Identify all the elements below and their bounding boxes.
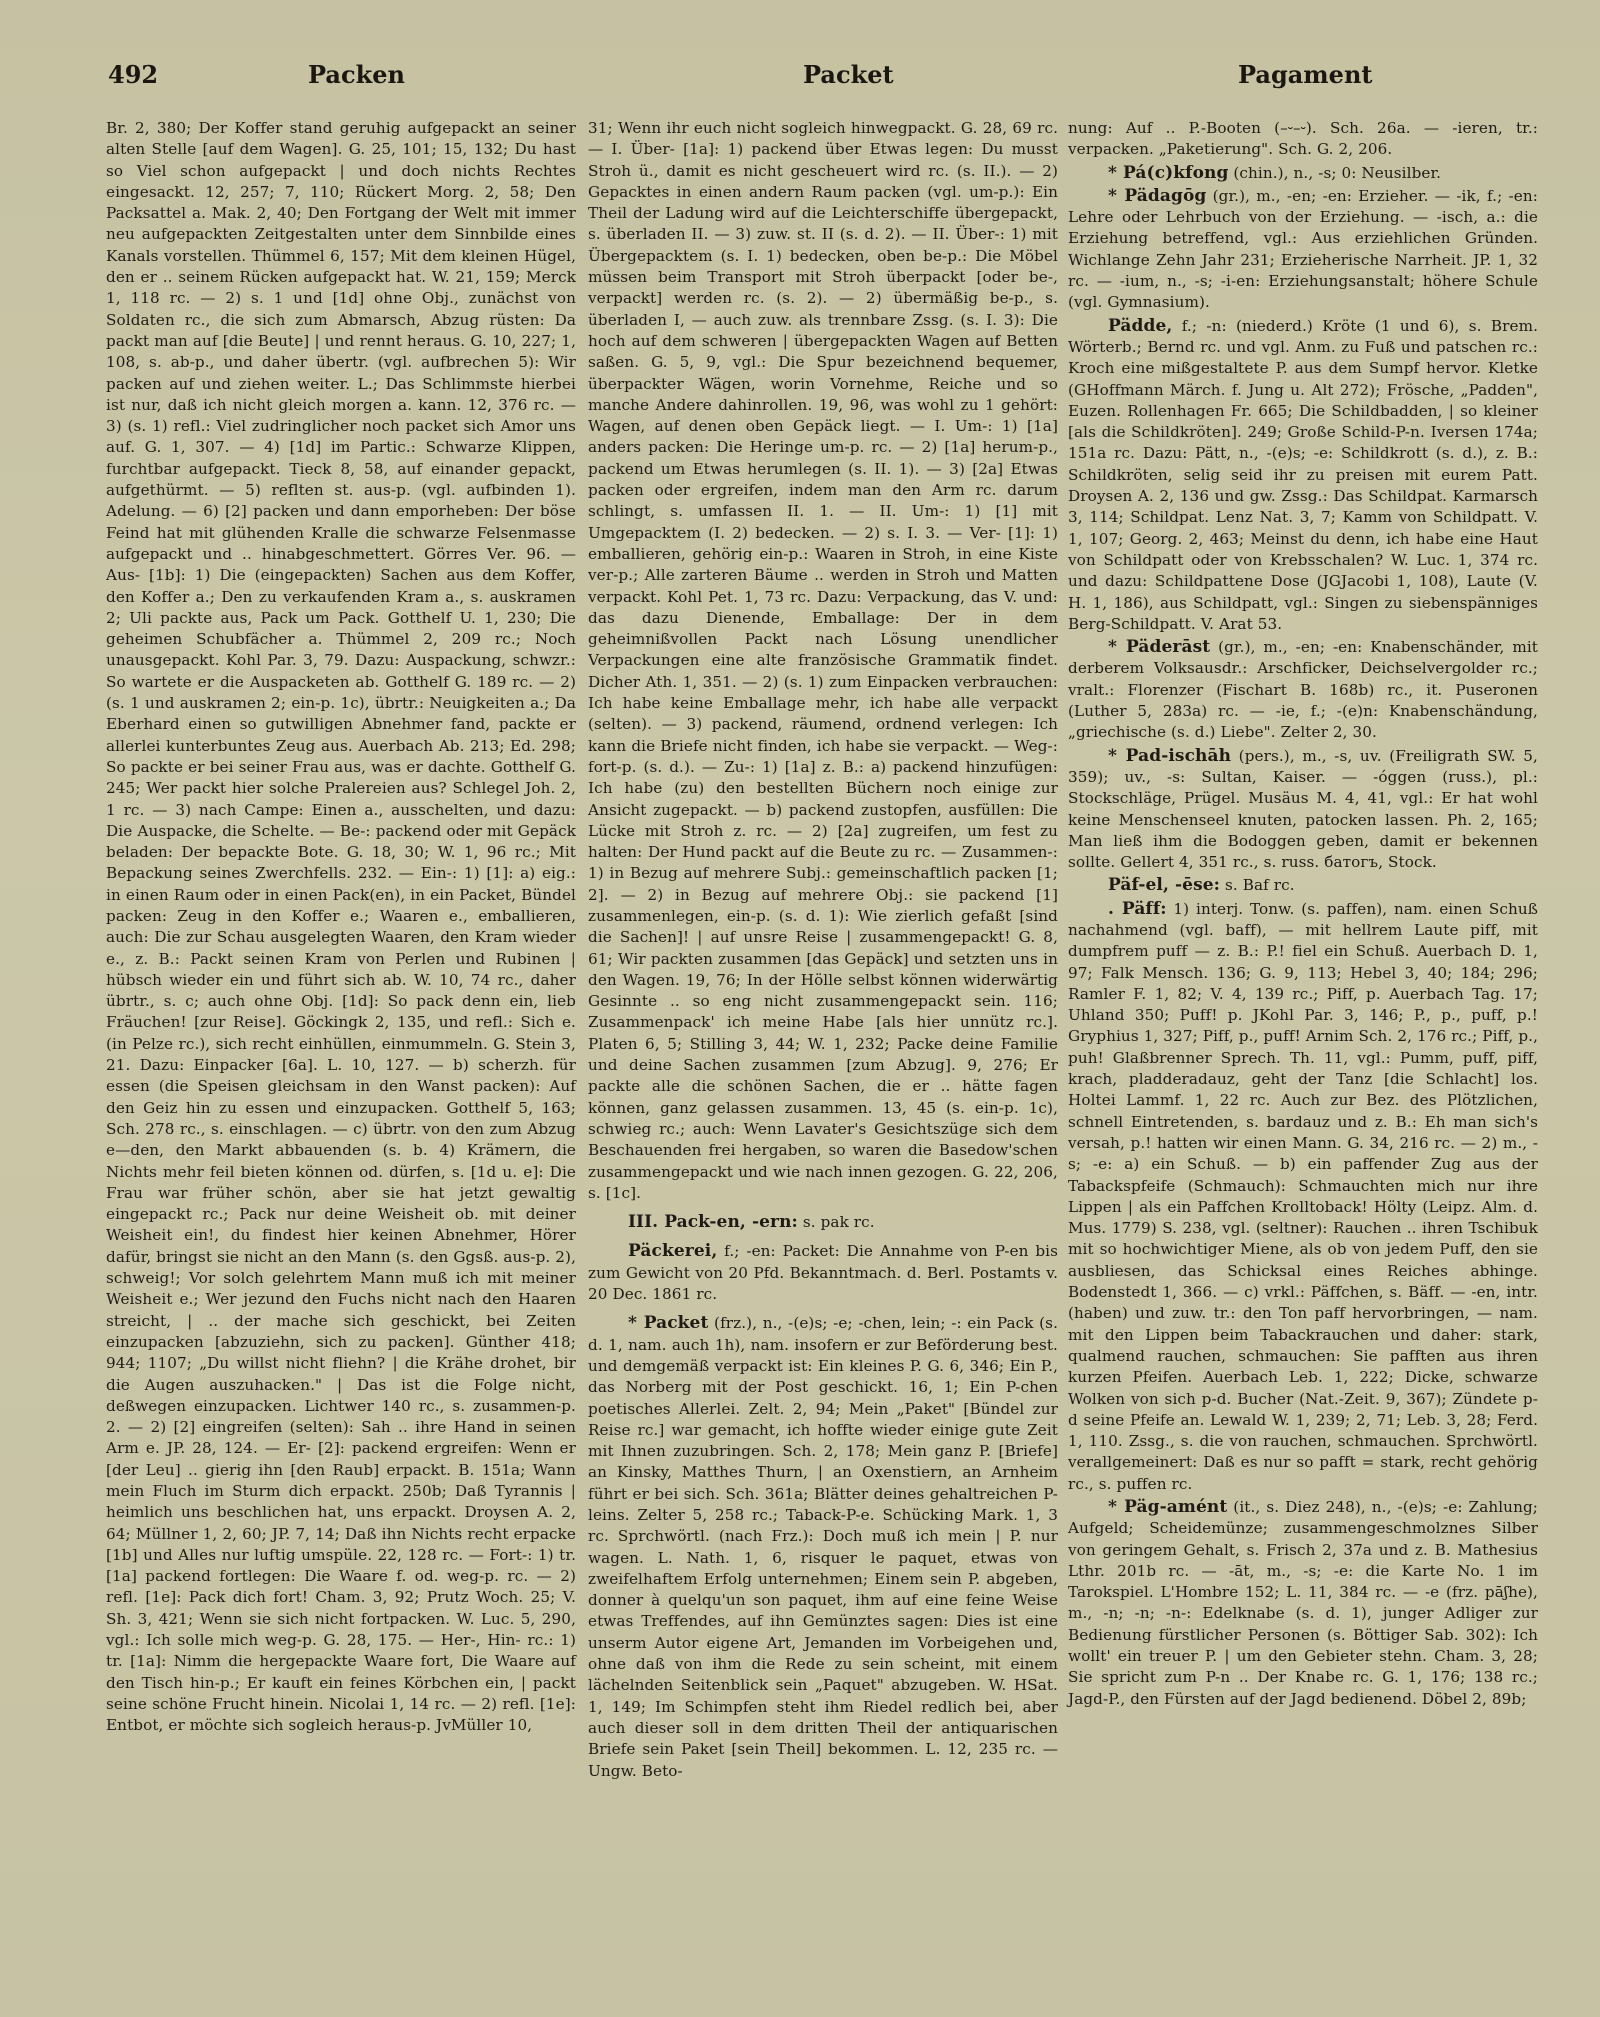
headword: Päf-el, -ēse: [1108,875,1220,895]
column-middle: 31; Wenn ihr euch nicht sogleich hinwegp… [588,118,1058,1782]
dictionary-page: 492 Packen Packet Pagament Br. 2, 380; D… [0,0,1600,2017]
entry-continuation: Br. 2, 380; Der Koffer stand geruhig auf… [106,118,576,1737]
right-guide-word: Pagament [1238,60,1372,89]
entry-body: s. Baf rc. [1220,876,1295,894]
entry-body: (frz.), n., -(e)s; -e; -chen, lein; -: e… [588,1314,1058,1779]
headword: * Packet [628,1313,708,1333]
dictionary-entry: * Pädagōg (gr.), m., -en; -en: Erzieher.… [1068,186,1538,314]
headword: * Pädagōg [1108,186,1206,206]
center-guide-word: Packet [803,60,894,89]
headword: Päckerei, [628,1241,717,1261]
dictionary-entry: Päf-el, -ēse: s. Baf rc. [1068,875,1538,896]
headword: III. Pack-en, -ern: [628,1212,798,1232]
headword: . Päff: [1108,899,1167,919]
entry-body: s. pak rc. [798,1213,875,1231]
running-head: 492 Packen Packet Pagament [108,60,1540,100]
entry-body: 1) interj. Tonw. (s. paffen), nam. einen… [1068,900,1538,1493]
headword: * Pad-ischāh [1108,746,1231,766]
headword: * Päderāst [1108,637,1210,657]
page-number: 492 [108,60,158,89]
column-left: Br. 2, 380; Der Koffer stand geruhig auf… [106,118,576,1737]
headword: Pädde, [1108,316,1172,336]
entry-continuation: nung: Auf .. P.-Booten (–⏑–⏑). Sch. 26a.… [1068,118,1538,161]
dictionary-entry: . Päff: 1) interj. Tonw. (s. paffen), na… [1068,899,1538,1495]
dictionary-entry: * Packet (frz.), n., -(e)s; -e; -chen, l… [588,1313,1058,1782]
dictionary-entry: * Päg-amént (it., s. Diez 248), n., -(e)… [1068,1497,1538,1710]
entry-continuation: 31; Wenn ihr euch nicht sogleich hinwegp… [588,118,1058,1204]
entry-body: (it., s. Diez 248), n., -(e)s; -e: Zahlu… [1068,1498,1538,1708]
entry-body: f.; -n: (niederd.) Kröte (1 und 6), s. B… [1068,317,1538,633]
dictionary-entry: * Pá(c)kfong (chin.), n., -s; 0: Neusilb… [1068,163,1538,184]
left-guide-word: Packen [308,60,405,89]
dictionary-entry: III. Pack-en, -ern: s. pak rc. [588,1212,1058,1233]
dictionary-entry: Pädde, f.; -n: (niederd.) Kröte (1 und 6… [1068,316,1538,635]
dictionary-entry: Päckerei, f.; -en: Packet: Die Annahme v… [588,1241,1058,1305]
column-right: nung: Auf .. P.-Booten (–⏑–⏑). Sch. 26a.… [1068,118,1538,1710]
headword: * Päg-amént [1108,1497,1227,1517]
entry-body: (chin.), n., -s; 0: Neusilber. [1228,164,1441,182]
headword: * Pá(c)kfong [1108,163,1228,183]
dictionary-entry: * Pad-ischāh (pers.), m., -s, uv. (Freil… [1068,746,1538,874]
dictionary-entry: * Päderāst (gr.), m., -en; -en: Knabensc… [1068,637,1538,743]
